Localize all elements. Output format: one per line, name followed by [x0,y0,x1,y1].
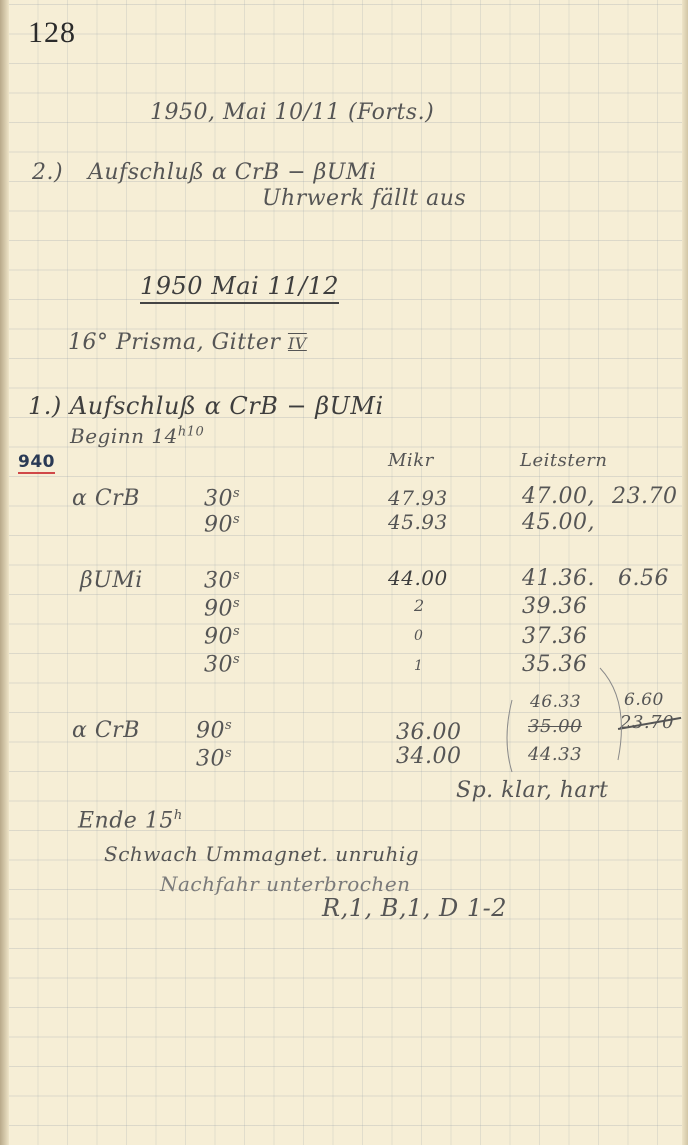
table-footnote: Sp. klar, hart [456,778,608,803]
end-time: Ende 15h [78,808,183,833]
column-header-mikr: Mikr [388,450,434,471]
extra-value: 6.56 [618,566,669,591]
exposure: 30s [196,746,232,771]
exposure: 90s [196,718,232,743]
page-edge [682,0,688,1145]
page-binding [0,0,9,1145]
item-number: 2.) [32,160,63,185]
mikr-value: 1 [414,658,423,674]
mikr-value: 44.00 [388,566,448,590]
item-text: Aufschluß α CrB − βUMi [88,160,376,185]
closing-note-1: Schwach Ummagnet. unruhig [104,842,419,866]
plate-number: 940 [18,452,55,474]
mikr-value: 36.00 [396,720,461,745]
leitstern-value: 39.36 [522,594,587,619]
begin-time: Beginn 14h10 [70,424,204,448]
mikr-value: 34.00 [396,744,461,769]
instrument-setup: 16° Prisma, Gitter IV [68,330,307,355]
begin-label: Beginn [70,424,145,448]
grating-numeral: IV [288,334,307,353]
item-note: Uhrwerk fällt aus [262,186,466,211]
page-number: 128 [28,16,76,50]
closing-note-2: Nachfahr unterbrochen [160,872,411,896]
leitstern-value: 45.00, [522,510,595,535]
mikr-value: 0 [414,628,423,644]
session-date: 1950 Mai 11/12 [140,272,339,304]
leitstern-value: 47.00, [522,484,595,509]
exposure: 30s [204,568,240,593]
continued-date: 1950, Mai 10/11 (Forts.) [150,100,434,125]
mikr-value: 2 [414,596,425,615]
notebook-page: 128 1950, Mai 10/11 (Forts.) 2.) Aufschl… [0,0,688,1145]
entry-text: Aufschluß α CrB − βUMi [70,392,384,420]
star-name: α CrB [72,718,140,743]
extra-value: 23.70 [612,484,677,509]
star-name: α CrB [72,486,140,511]
entry-header: 1.) Aufschluß α CrB − βUMi [28,392,384,420]
exposure: 90s [204,512,240,537]
instrument-text: 16° Prisma, Gitter [68,330,280,355]
mikr-value: 45.93 [388,510,448,534]
mikr-value: 47.93 [388,486,448,510]
closing-codes: R,1, B,1, D 1-2 [322,894,507,922]
entry-number: 1.) [28,392,62,420]
leitstern-value: 37.36 [522,624,587,649]
star-name: βUMi [80,568,143,593]
exposure: 30s [204,486,240,511]
exposure: 30s [204,652,240,677]
exposure: 90s [204,624,240,649]
column-header-leitstern: Leitstern [520,450,607,471]
bracket-curve [500,660,630,780]
leitstern-value: 41.36. [522,566,595,591]
exposure: 90s [204,596,240,621]
